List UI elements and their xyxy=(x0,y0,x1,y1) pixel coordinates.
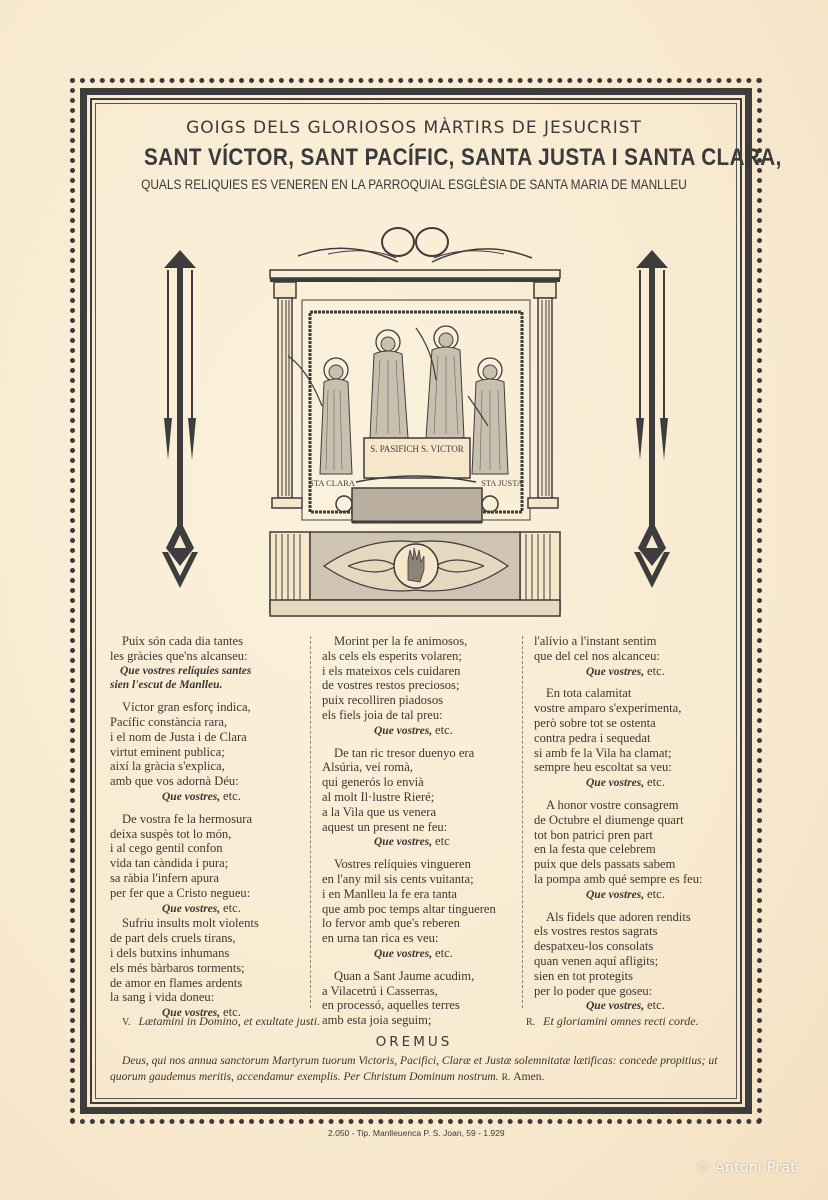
verse-line: de amor en flames ardents xyxy=(110,976,305,991)
svg-text:STA CLARA: STA CLARA xyxy=(309,478,356,488)
copyright-watermark: © Antoni Prat xyxy=(696,1160,796,1176)
verse-line: així la gràcia s'explica, xyxy=(110,759,305,774)
verse-line: a la Vila que us venera xyxy=(322,805,522,820)
verse-line: Alsúria, veí romà, xyxy=(322,760,522,775)
printer-imprint: 2.050 - Tip. Manlleuenca P. S. Joan, 59 … xyxy=(328,1128,505,1138)
verse-line: virtut eminent publica; xyxy=(110,745,305,760)
verse-line: A honor vostre consagrem xyxy=(534,798,734,813)
subtitle: QUALS RELIQUIES ES VENEREN EN LA PARROQU… xyxy=(138,177,691,192)
verse-line: en processó, aquelles terres xyxy=(322,998,522,1013)
right-ornamental-arrow-icon xyxy=(630,248,674,592)
verse-line: en la festa que celebrem xyxy=(534,842,734,857)
verse-line: De vostra fe la hermosura xyxy=(110,812,305,827)
verse-line: Pacífic constància rara, xyxy=(110,715,305,730)
verse-line: vostre amparo s'experimenta, xyxy=(534,701,734,716)
verse-line: contra pedra i sequedat xyxy=(534,731,734,746)
verse-line: Sufriu insults molt violents xyxy=(110,916,305,931)
verse-line: aquest un present ne feu: xyxy=(322,820,522,835)
verse-line: lo fervor amb que's reberen xyxy=(322,916,522,931)
verse-line: de part dels cruels tirans, xyxy=(110,931,305,946)
verse-line: i al cego gentil confon xyxy=(110,841,305,856)
verse-line: per fer que a Cristo negueu: xyxy=(110,886,305,901)
verse-line: Vostres relíquies vingueren xyxy=(322,857,522,872)
refrain-line: Que vostres, etc. xyxy=(322,946,522,962)
refrain-line: Que vostres, etc. xyxy=(110,789,305,805)
verse-line: vida tan càndida i pura; xyxy=(110,856,305,871)
verse-column-3: l'alívio a l'instant sentim que del cel … xyxy=(534,634,734,1014)
page-title: SANT VÍCTOR, SANT PACÍFIC, SANTA JUSTA I… xyxy=(144,144,684,172)
verse-line: puix recolliren piadosos xyxy=(322,693,522,708)
verse-column-2: Morint per la fe animosos, als cels els … xyxy=(322,634,522,1028)
refrain-line: Que vostres relíquies santes xyxy=(110,664,305,679)
verse-line: si amb fe la Vila ha clamat; xyxy=(534,746,734,761)
refrain-line: sien l'escut de Manlleu. xyxy=(110,678,305,693)
verse-line: deixa suspès tot lo món, xyxy=(110,827,305,842)
blessing-hand-icon xyxy=(394,544,438,588)
verse-line: amb esta joia seguim; xyxy=(322,1013,522,1028)
svg-text:S. PASIFICH S. VICTOR: S. PASIFICH S. VICTOR xyxy=(370,444,464,454)
verse-line: els vostres restos sagrats xyxy=(534,924,734,939)
column-separator xyxy=(310,636,311,1008)
verse-line: però sobre tot se ostenta xyxy=(534,716,734,731)
verse-line: les gràcies que'ns alcanseu: xyxy=(110,649,305,664)
refrain-line: Que vostres, etc. xyxy=(322,723,522,739)
verse-line: la pompa amb qué sempre es feu: xyxy=(534,872,734,887)
verse-line: Als fidels que adoren rendits xyxy=(534,910,734,925)
verse-line: que del cel nos alcanceu: xyxy=(534,649,734,664)
pretitle: GOIGS DELS GLORIOSOS MÀRTIRS DE JESUCRIS… xyxy=(100,118,728,138)
verse-line: i el nom de Justa i de Clara xyxy=(110,730,305,745)
verse-line: al molt Il·lustre Rieré; xyxy=(322,790,522,805)
svg-text:STA JUSTA: STA JUSTA xyxy=(481,478,524,488)
verse-line: sien en tot protegits xyxy=(534,969,734,984)
verse-line: tot bon patrici pren part xyxy=(534,828,734,843)
refrain-line: Que vostres, etc. xyxy=(110,901,305,917)
verse-line: Puix són cada dia tantes xyxy=(110,634,305,649)
header: GOIGS DELS GLORIOSOS MÀRTIRS DE JESUCRIS… xyxy=(100,118,728,192)
verse-line: quan venen aquí afligits; xyxy=(534,954,734,969)
verse-line: i en Manlleu la fe era tanta xyxy=(322,887,522,902)
refrain-line: Que vostres, etc. xyxy=(534,998,734,1014)
verse-line: per lo poder que goseu: xyxy=(534,984,734,999)
refrain-line: Que vostres, etc. xyxy=(534,887,734,903)
verse-line: sempre heu escoltat sa veu: xyxy=(534,760,734,775)
left-ornamental-arrow-icon xyxy=(158,248,202,592)
column-separator xyxy=(522,636,523,1008)
refrain-line: Que vostres, etc. xyxy=(534,664,734,680)
saints-altar-engraving: S. PASIFICH S. VICTOR STA CLARA STA JUST… xyxy=(268,220,562,618)
verse-line: De tan ric tresor duenyo era xyxy=(322,746,522,761)
versicle: V.Lætamini in Domino, et exultate justi. xyxy=(122,1014,320,1029)
verse-line: de Octubre el diumenge quart xyxy=(534,813,734,828)
oremus-prayer: Deus, qui nos annua sanctorum Martyrum t… xyxy=(110,1053,726,1086)
verse-line: amb que vos adornà Déu: xyxy=(110,774,305,789)
verse-line: que amb poc temps altar tingueren xyxy=(322,902,522,917)
refrain-line: Que vostres, etc xyxy=(322,834,522,850)
verse-line: en urna tan rica es veu: xyxy=(322,931,522,946)
verse-line: i els mateixos cels cuidaren xyxy=(322,664,522,679)
refrain-line: Que vostres, etc. xyxy=(534,775,734,791)
verse-line: els fiels joia de tal preu: xyxy=(322,708,522,723)
verse-line: i dels butxins inhumans xyxy=(110,946,305,961)
response: R.Et gloriamini omnes recti corde. xyxy=(526,1014,699,1029)
verse-line: a Vilacetrú i Casserras, xyxy=(322,984,522,999)
laurel-wreath-icon xyxy=(298,228,532,262)
verse-line: despatxeu-los consolats xyxy=(534,939,734,954)
reliquary-icon xyxy=(336,476,498,522)
verse-line: Víctor gran esforç indica, xyxy=(110,700,305,715)
verse-line: en l'any mil sis cents vuitanta; xyxy=(322,872,522,887)
verse-line: Quan a Sant Jaume acudim, xyxy=(322,969,522,984)
verse-line: qui generós lo envià xyxy=(322,775,522,790)
verse-line: En tota calamitat xyxy=(534,686,734,701)
oremus-heading: OREMUS xyxy=(100,1034,728,1050)
verse-line: als cels els esperits volaren; xyxy=(322,649,522,664)
verse-line: Morint per la fe animosos, xyxy=(322,634,522,649)
verse-line: els més bàrbaros torments; xyxy=(110,961,305,976)
verse-line: la sang i vida doneu: xyxy=(110,990,305,1005)
verse-line: l'alívio a l'instant sentim xyxy=(534,634,734,649)
verse-line: de vostres restos preciosos; xyxy=(322,678,522,693)
verse-line: puix que dels passats sabem xyxy=(534,857,734,872)
verse-column-1: Puix són cada dia tantes les gràcies que… xyxy=(110,634,305,1021)
verse-line: sa ràbia l'infern apura xyxy=(110,871,305,886)
